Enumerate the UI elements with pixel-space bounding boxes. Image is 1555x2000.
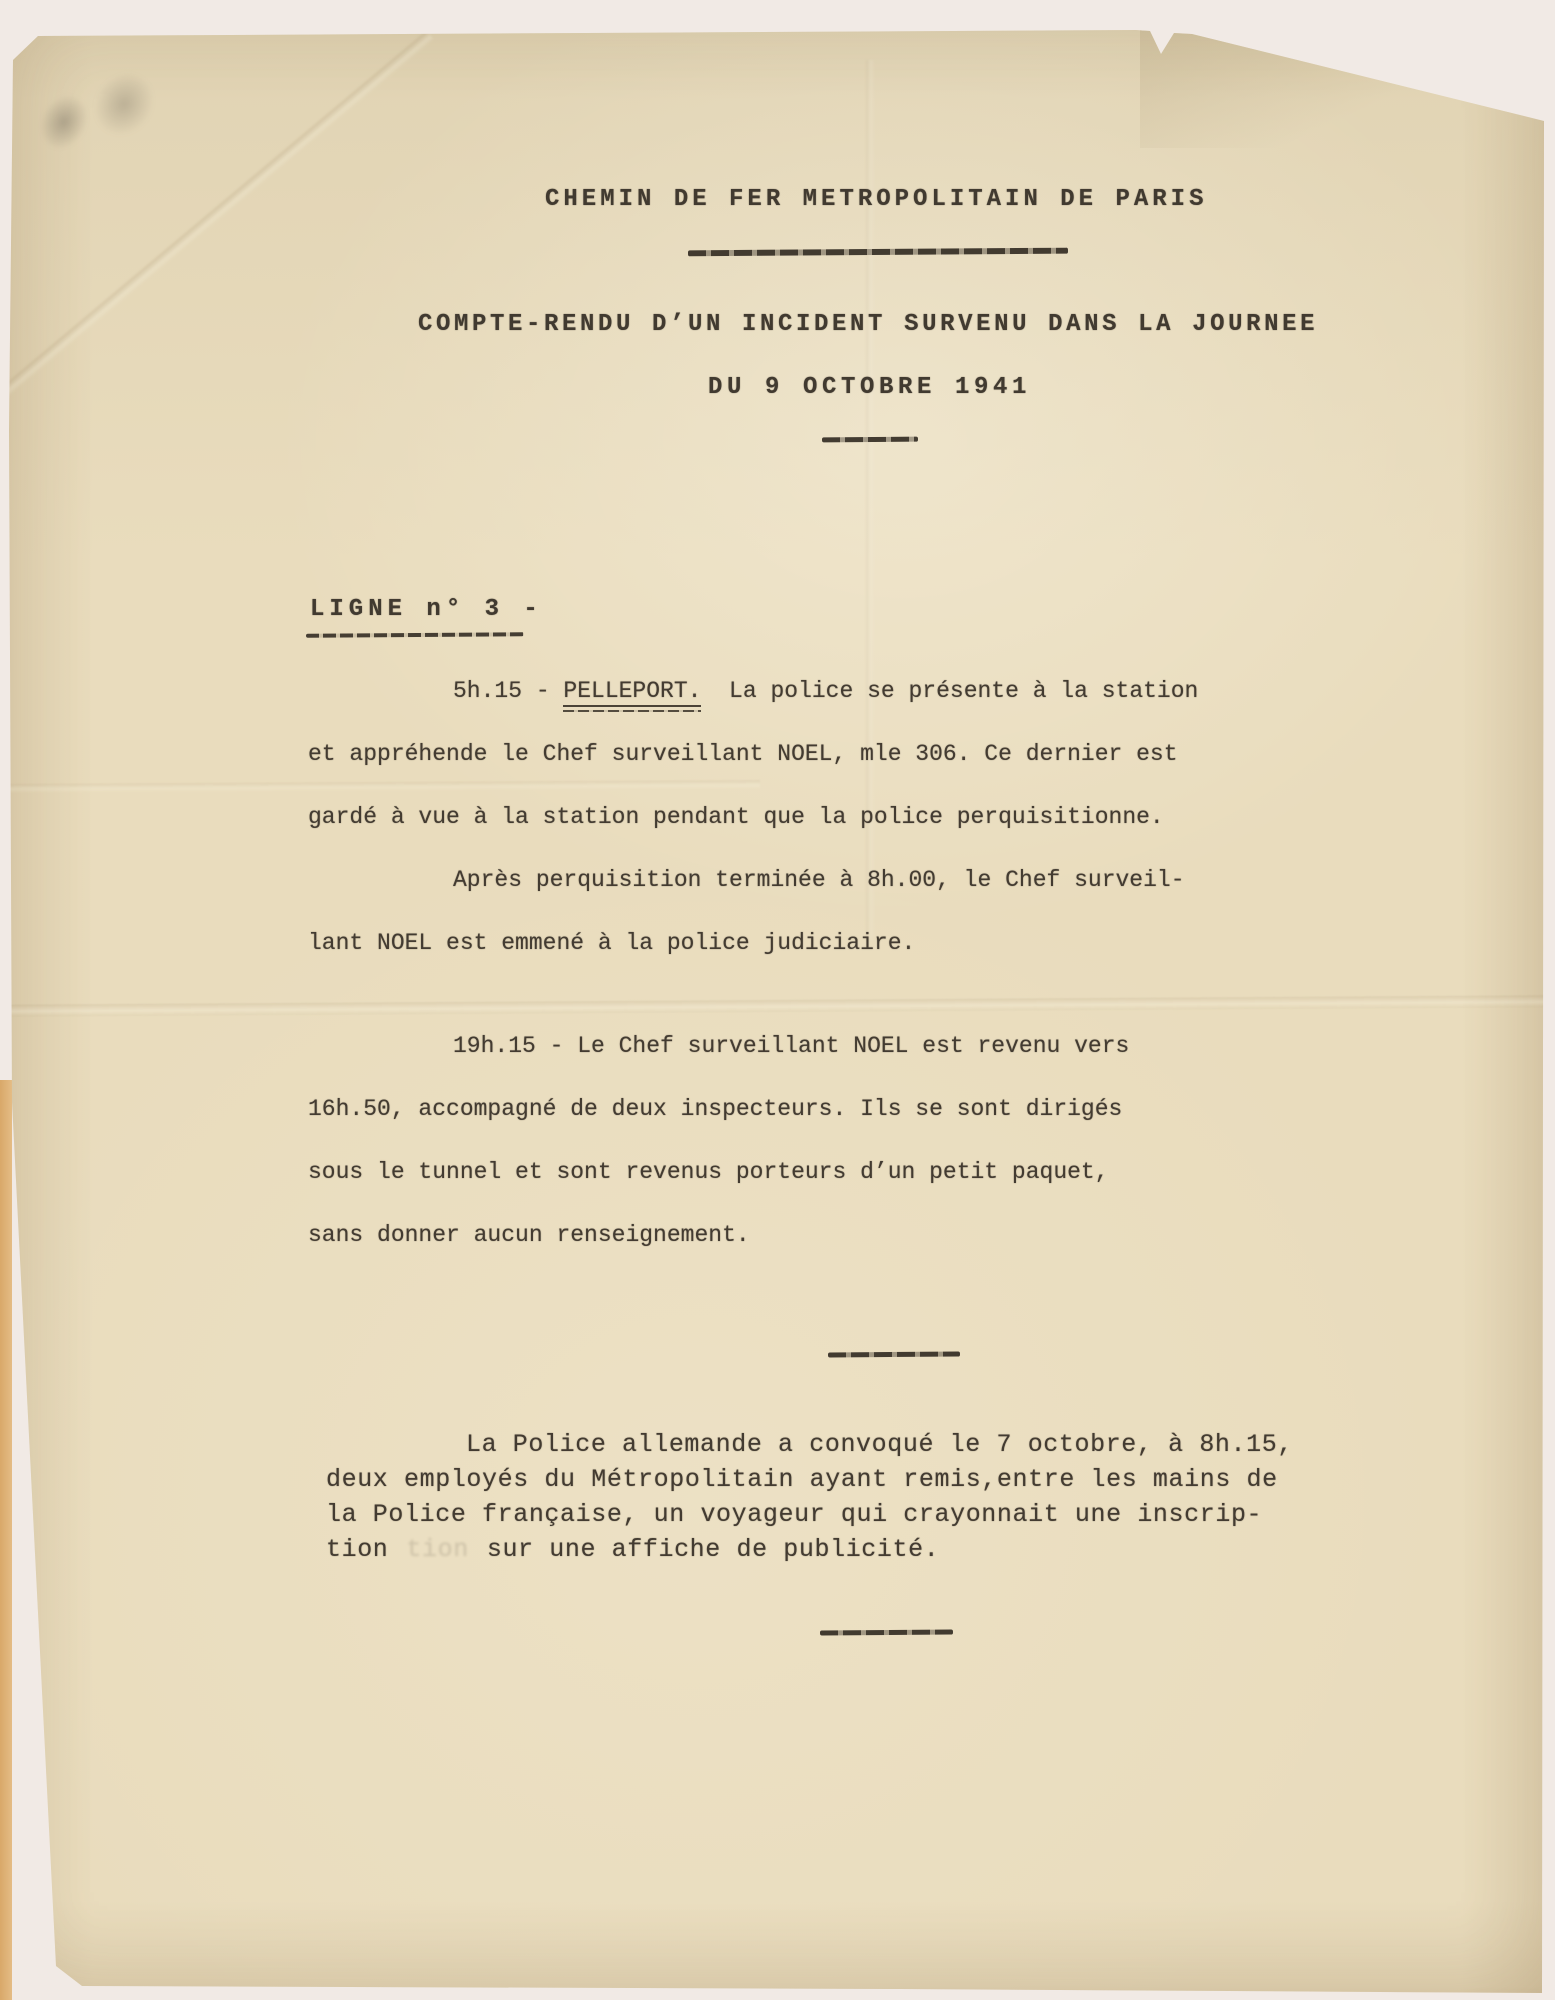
underlying-page-edge [0,1080,12,2000]
horizontal-fold-crease [0,995,1555,1016]
text-line: sans donner aucun renseignement. [308,1204,1129,1267]
line-number-text: LIGNE n° 3 [310,596,504,623]
section-divider-rule [828,1352,960,1358]
line-number-underline [306,632,524,638]
cut-corner-shading [1140,18,1555,148]
closing-divider-rule [820,1630,953,1636]
paragraph-incident-5h15: 5h.15 - PELLEPORT. La police se présente… [308,660,1198,849]
text-line: gardé à vue à la station pendant que la … [308,786,1198,849]
text-line: La Police allemande a convoqué le 7 octo… [326,1427,1293,1462]
text-line: deux employés du Métropolitain ayant rem… [326,1462,1293,1497]
erased-word-ghost: tion [406,1532,468,1567]
paragraph-incident-19h15: 19h.15 - Le Chef surveillant NOEL est re… [308,1015,1129,1267]
word-fragment: tion [326,1535,388,1564]
document-page: CHEMIN DE FER METROPOLITAIN DE PARIS COM… [0,0,1555,2000]
paragraph-perquisition: Après perquisition terminée à 8h.00, le … [308,849,1185,975]
text-line: tiontionsur une affiche de publicité. [326,1532,1293,1567]
line-number-heading: LIGNE n° 3 - [310,596,543,623]
time-prefix: 5h.15 - [453,678,563,704]
text-line: et appréhende le Chef surveillant NOEL, … [308,723,1198,786]
text-line: lant NOEL est emmené à la police judicia… [308,912,1185,975]
paragraph-police-allemande: La Police allemande a convoqué le 7 octo… [326,1427,1293,1567]
text-line: la Police française, un voyageur qui cra… [326,1497,1293,1532]
title-underline-rule [688,248,1068,257]
text-line: sous le tunnel et sont revenus porteurs … [308,1141,1129,1204]
document-title: CHEMIN DE FER METROPOLITAIN DE PARIS [545,186,1207,213]
text-line: Après perquisition terminée à 8h.00, le … [308,849,1185,912]
corner-smudge [68,46,181,162]
text-line: 19h.15 - Le Chef surveillant NOEL est re… [308,1015,1129,1078]
line-continuation: sur une affiche de publicité. [487,1535,939,1564]
date-divider-rule [822,437,918,443]
scanned-document-background: CHEMIN DE FER METROPOLITAIN DE PARIS COM… [0,0,1555,2000]
corner-fold-crease [0,31,434,413]
line-continuation: La police se présente à la station [701,678,1198,704]
station-name-underlined: PELLEPORT. [563,678,701,707]
line-number-suffix: - [504,596,543,623]
text-line: 16h.50, accompagné de deux inspecteurs. … [308,1078,1129,1141]
report-date-line: DU 9 OCTOBRE 1941 [708,374,1031,401]
text-line: 5h.15 - PELLEPORT. La police se présente… [308,660,1198,723]
report-subtitle-line1: COMPTE-RENDU D’UN INCIDENT SURVENU DANS … [418,311,1318,338]
corner-smudge [20,74,109,169]
